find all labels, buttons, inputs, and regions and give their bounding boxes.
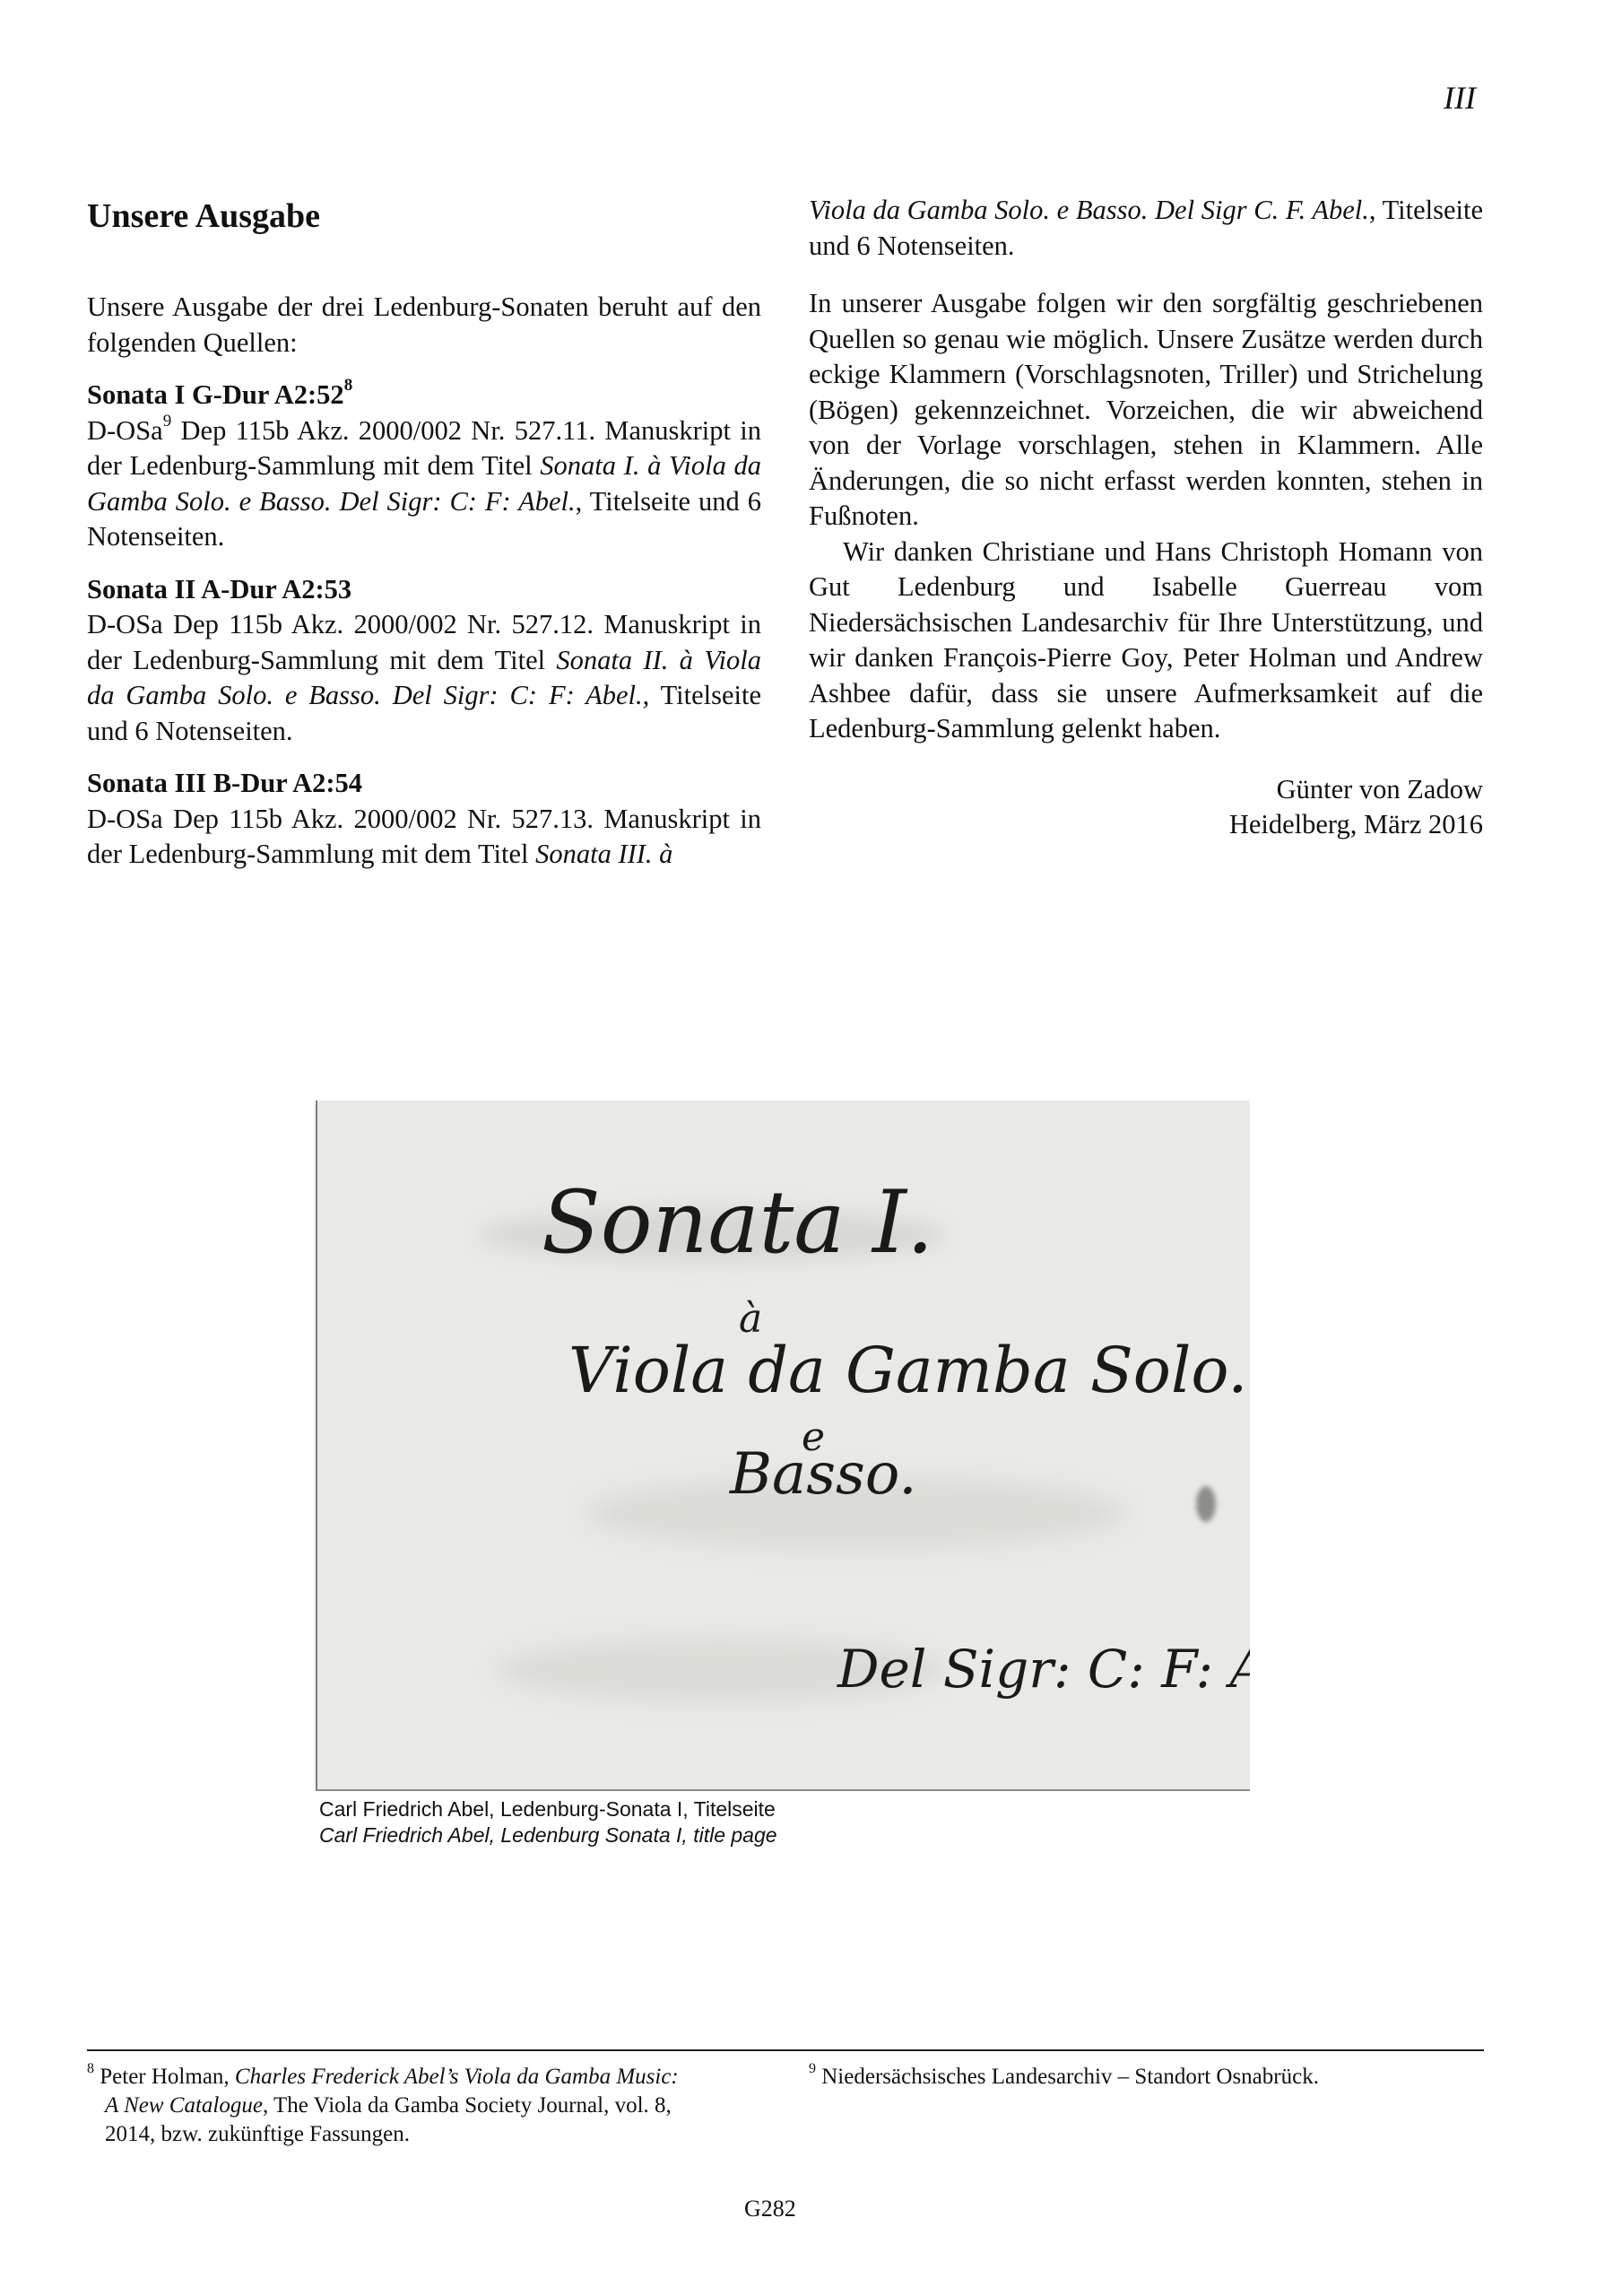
source-title: Sonata II A-Dur A2:53: [87, 572, 761, 608]
right-column: Viola da Gamba Solo. e Basso. Del Sigr C…: [809, 193, 1483, 843]
source-description-start: D-OSa Dep 115b Akz. 2000/002 Nr. 527.13.…: [87, 802, 761, 873]
source-description-continued: Viola da Gamba Solo. e Basso. Del Sigr C…: [809, 193, 1483, 264]
source-title: Sonata III B-Dur A2:54: [87, 766, 761, 802]
signature-place-date: Heidelberg, März 2016: [809, 807, 1483, 843]
footer-page-number: G282: [744, 2196, 796, 2222]
page-number-roman: III: [1444, 79, 1476, 117]
intro-paragraph: Unsere Ausgabe der drei Ledenburg-Sonate…: [87, 290, 761, 361]
source-description: D-OSa Dep 115b Akz. 2000/002 Nr. 527.12.…: [87, 607, 761, 749]
manuscript-line-basso: Basso.: [730, 1441, 917, 1508]
footnote-8: 8 Peter Holman, Charles Frederick Abel’s…: [87, 2063, 768, 2149]
manuscript-line-viola: Viola da Gamba Solo.: [568, 1334, 1248, 1407]
figure-caption: Carl Friedrich Abel, Ledenburg-Sonata I,…: [319, 1796, 777, 1848]
footnote-9: 9 Niedersächsisches Landesarchiv – Stand…: [809, 2063, 1490, 2092]
footnote-ref-8[interactable]: 8: [344, 376, 353, 395]
caption-english: Carl Friedrich Abel, Ledenburg Sonata I,…: [319, 1822, 777, 1848]
manuscript-title-page-image: Sonata I. à Viola da Gamba Solo. e Basso…: [316, 1100, 1250, 1791]
signature-name: Günter von Zadow: [809, 772, 1483, 808]
editorial-paragraph: In unserer Ausgabe folgen wir den sorgfä…: [809, 286, 1483, 535]
source-sonata-2: Sonata II A-Dur A2:53 D-OSa Dep 115b Akz…: [87, 572, 761, 750]
source-description: D-OSa9 Dep 115b Akz. 2000/002 Nr. 527.11…: [87, 413, 761, 555]
footnote-separator: [87, 2049, 1484, 2051]
source-title: Sonata I G-Dur A2:528: [87, 378, 761, 413]
source-sonata-3: Sonata III B-Dur A2:54 D-OSa Dep 115b Ak…: [87, 766, 761, 873]
manuscript-line-del-sigr: Del Sigr: C: F: Abel.: [837, 1639, 1250, 1700]
signature-block: Günter von Zadow Heidelberg, März 2016: [809, 772, 1483, 843]
acknowledgements-paragraph: Wir danken Christiane und Hans Christoph…: [809, 535, 1483, 747]
source-sonata-1: Sonata I G-Dur A2:528 D-OSa9 Dep 115b Ak…: [87, 378, 761, 555]
left-column: Unsere Ausgabe Unsere Ausgabe der drei L…: [87, 193, 761, 890]
footnote-ref-9[interactable]: 9: [163, 412, 172, 430]
ink-blot: [1196, 1486, 1216, 1522]
manuscript-line-sonata: Sonata I.: [542, 1172, 933, 1273]
section-heading: Unsere Ausgabe: [87, 193, 761, 239]
caption-german: Carl Friedrich Abel, Ledenburg-Sonata I,…: [319, 1796, 777, 1822]
